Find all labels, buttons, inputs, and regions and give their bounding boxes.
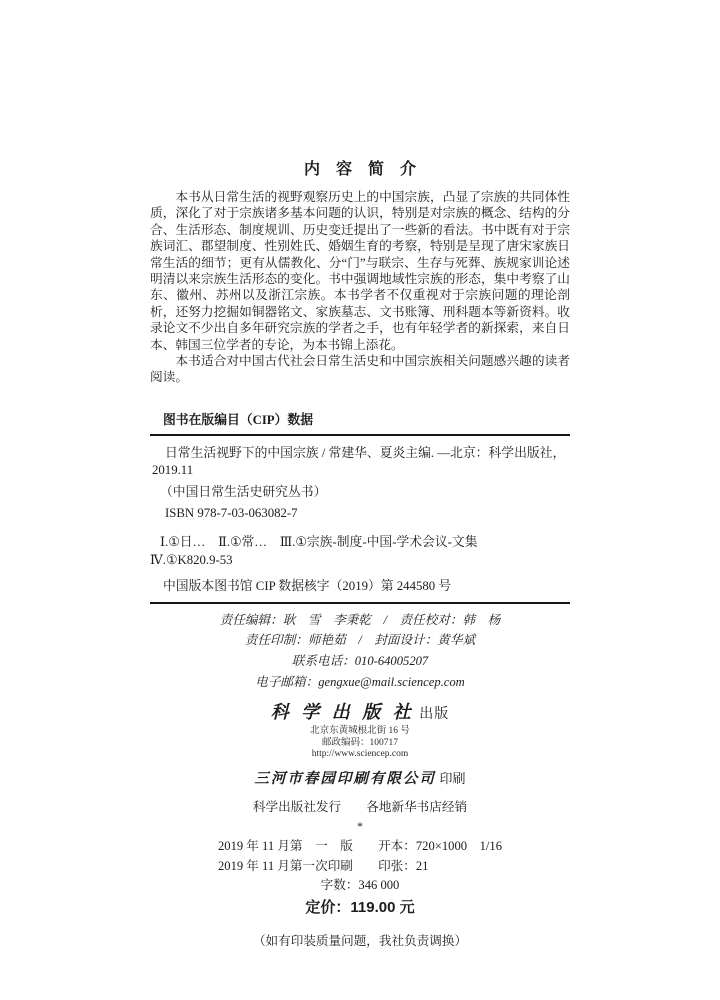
publisher-name-suffix: 出版	[419, 707, 449, 722]
publisher-postcode: 邮政编码：100717	[150, 738, 570, 750]
word-count: 字数：346 000	[150, 876, 570, 894]
staff-editors-line: 责任编辑：耿 雪 李秉乾 / 责任校对：韩 杨	[150, 610, 570, 631]
staff-credits: 责任编辑：耿 雪 李秉乾 / 责任校对：韩 杨 责任印制：师艳茹 / 封面设计：…	[150, 610, 570, 692]
copyright-page: 内 容 简 介 本书从日常生活的视野观察历史上的中国宗族，凸显了宗族的共同体性质…	[0, 0, 720, 1000]
cip-classification-1: Ⅰ.①日… Ⅱ.①常… Ⅲ.①宗族-制度-中国-学术会议-文集	[150, 534, 570, 551]
cip-classification-2: Ⅳ.①K820.9-53	[150, 552, 570, 569]
publisher-colophon: 科 学 出 版 社 出版 北京东黄城根北街 16 号 邮政编码：100717 h…	[150, 701, 570, 949]
edition-first-printing: 2019 年 11 月第 一 版 开本：720×1000 1/16	[218, 836, 502, 856]
publisher-url: http://www.sciencep.com	[150, 749, 570, 761]
cip-title-statement: 日常生活视野下的中国宗族 / 常建华、夏炎主编. —北京：科学出版社，	[150, 445, 570, 462]
contact-phone: 联系电话：010-64005207	[150, 651, 570, 672]
summary-paragraph-2: 本书适合对中国古代社会日常生活史和中国宗族相关问题感兴趣的读者阅读。	[150, 353, 570, 386]
cip-publication-year: 2019.11	[150, 462, 570, 479]
cip-isbn: ISBN 978-7-03-063082-7	[150, 505, 570, 522]
publisher-name: 科 学 出 版 社	[271, 702, 415, 722]
summary-paragraph-1: 本书从日常生活的视野观察历史上的中国宗族，凸显了宗族的共同体性质，深化了对于宗族…	[150, 189, 570, 353]
separator-asterisk: *	[150, 819, 570, 833]
quality-note: （如有印装质量问题，我社负责调换）	[150, 930, 570, 949]
cip-header: 图书在版编目（CIP）数据	[150, 412, 570, 436]
publisher-address: 北京东黄城根北街 16 号	[150, 726, 570, 738]
printer-line: 三河市春园印刷有限公司 印刷	[150, 770, 570, 788]
cip-series-title: （中国日常生活史研究丛书）	[150, 484, 570, 501]
printer-suffix: 印刷	[440, 771, 466, 786]
edition-print-run: 2019 年 11 月第一次印刷 印张：21	[218, 856, 502, 876]
cip-record-number: 中国版本图书馆 CIP 数据核字（2019）第 244580 号	[150, 578, 570, 595]
printer-name: 三河市春园印刷有限公司	[254, 771, 436, 787]
cip-body: 日常生活视野下的中国宗族 / 常建华、夏炎主编. —北京：科学出版社， 2019…	[150, 445, 570, 604]
section-title-content-summary: 内 容 简 介	[150, 158, 570, 182]
price: 定价：119.00 元	[150, 898, 570, 917]
cip-block: 图书在版编目（CIP）数据 日常生活视野下的中国宗族 / 常建华、夏炎主编. —…	[150, 412, 570, 604]
distribution-line: 科学出版社发行 各地新华书店经销	[150, 799, 570, 815]
page-content: 内 容 简 介 本书从日常生活的视野观察历史上的中国宗族，凸显了宗族的共同体性质…	[150, 0, 570, 949]
staff-printing-design-line: 责任印制：师艳茹 / 封面设计：黄华斌	[150, 630, 570, 651]
edition-block: 2019 年 11 月第 一 版 开本：720×1000 1/16 2019 年…	[218, 836, 502, 876]
contact-email: 电子邮箱：gengxue@mail.sciencep.com	[150, 672, 570, 693]
publisher-name-line: 科 学 出 版 社 出版	[150, 701, 570, 726]
